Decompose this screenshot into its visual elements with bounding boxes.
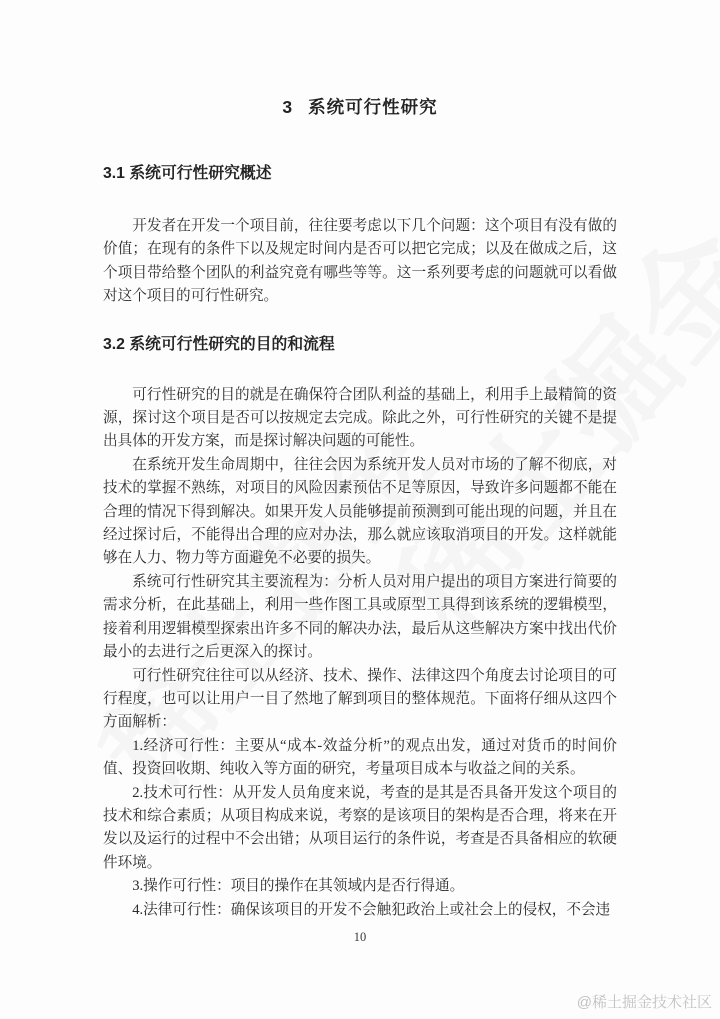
paragraph: 系统可行性研究其主要流程为：分析人员对用户提出的项目方案进行简要的需求分析，在此… (103, 571, 617, 665)
page-content: 3系统可行性研究 3.1 系统可行性研究概述 开发者在开发一个项目前，往往要考虑… (103, 94, 617, 922)
page-number: 10 (0, 930, 720, 945)
section-heading-3-2: 3.2 系统可行性研究的目的和流程 (103, 333, 617, 357)
list-item-operational-feasibility: 3.操作可行性：项目的操作在其领域内是否行得通。 (103, 875, 617, 898)
paragraph: 可行性研究往往可以从经济、技术、操作、法律这四个角度去讨论项目的可行程度，也可以… (103, 665, 617, 735)
document-page: 稀土掘金 稀土掘金 3系统可行性研究 3.1 系统可行性研究概述 开发者在开发一… (0, 0, 720, 1019)
list-item-technical-feasibility: 2.技术可行性：从开发人员角度来说，考查的是其是否具备开发这个项目的技术和综合素… (103, 782, 617, 876)
section-heading-3-1: 3.1 系统可行性研究概述 (103, 162, 617, 186)
paragraph: 在系统开发生命周期中，往往会因为系统开发人员对市场的了解不彻底，对技术的掌握不熟… (103, 454, 617, 571)
paragraph: 开发者在开发一个项目前，往往要考虑以下几个问题：这个项目有没有做的价值；在现有的… (103, 215, 617, 309)
chapter-title: 3系统可行性研究 (103, 94, 617, 120)
list-item-economic-feasibility: 1.经济可行性：主要从“成本-效益分析”的观点出发，通过对货币的时间价值、投资回… (103, 735, 617, 782)
chapter-title-text: 系统可行性研究 (308, 97, 438, 117)
chapter-number: 3 (282, 97, 292, 117)
paragraph: 可行性研究的目的就是在确保符合团队利益的基础上，利用手上最精简的资源，探讨这个项… (103, 384, 617, 454)
list-item-legal-feasibility: 4.法律可行性：确保该项目的开发不会触犯政治上或社会上的侵权，不会违 (103, 899, 617, 922)
community-credit-watermark: @稀土掘金技术社区 (577, 991, 712, 1012)
